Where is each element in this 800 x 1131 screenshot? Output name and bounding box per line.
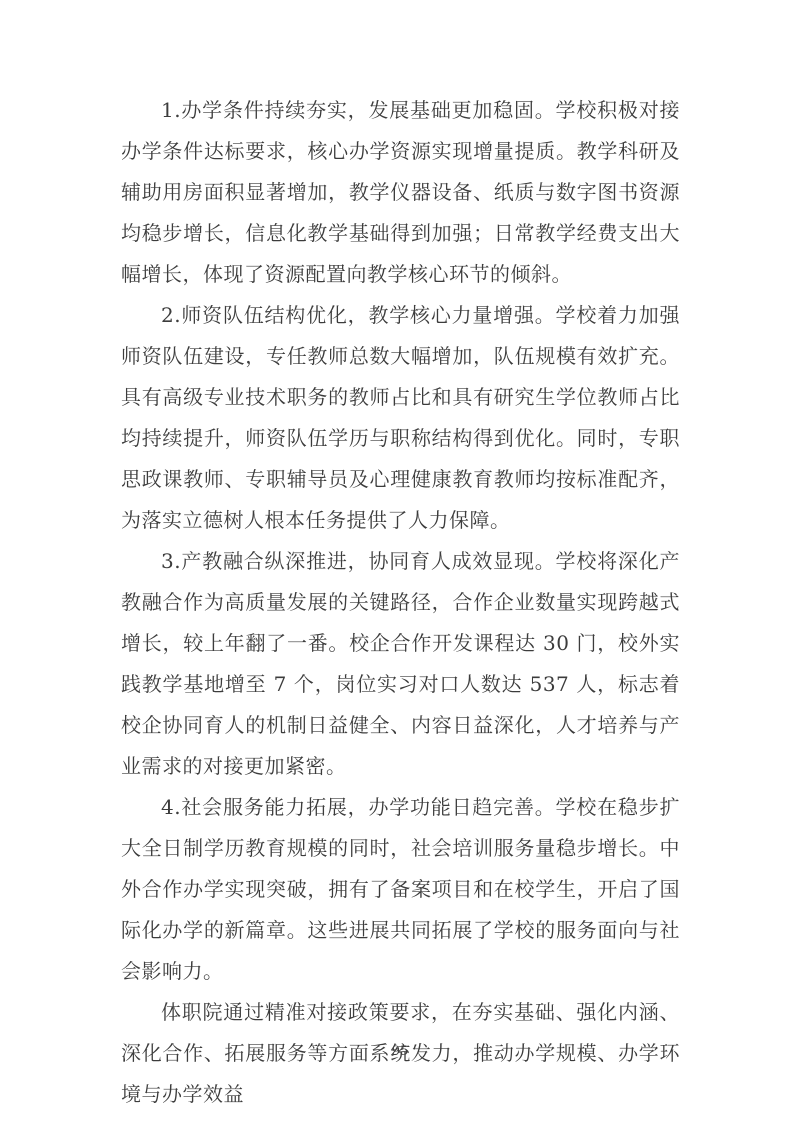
document-body: 1.办学条件持续夯实，发展基础更加稳固。学校积极对接办学条件达标要求，核心办学资…: [121, 90, 680, 1115]
paragraph-4: 4.社会服务能力拓展，办学功能日趋完善。学校在稳步扩大全日制学历教育规模的同时，…: [121, 787, 680, 992]
document-page: 1.办学条件持续夯实，发展基础更加稳固。学校积极对接办学条件达标要求，核心办学资…: [0, 0, 800, 1131]
page-number: 95: [0, 1044, 800, 1060]
paragraph-2: 2.师资队伍结构优化，教学核心力量增强。学校着力加强师资队伍建设，专任教师总数大…: [121, 295, 680, 541]
paragraph-3: 3.产教融合纵深推进，协同育人成效显现。学校将深化产教融合作为高质量发展的关键路…: [121, 541, 680, 787]
paragraph-1: 1.办学条件持续夯实，发展基础更加稳固。学校积极对接办学条件达标要求，核心办学资…: [121, 90, 680, 295]
